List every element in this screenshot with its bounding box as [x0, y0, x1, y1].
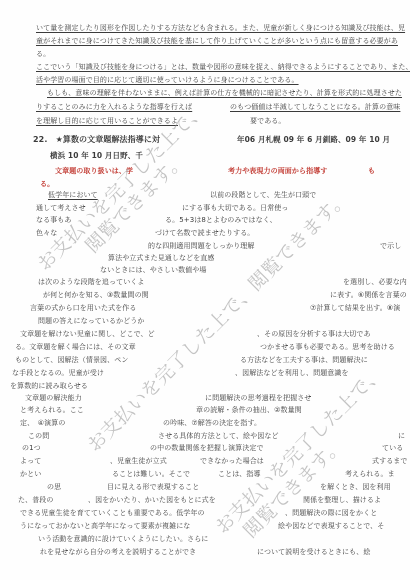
text-fragment: 童がそれまでに身につけてきた知識及び技能を基にして作り上げていくことが多いという… — [36, 37, 398, 46]
text-fragment: は次のような段階を追っていくよ — [38, 278, 145, 287]
text-fragment: にする事も大切である。日常使っ — [182, 204, 289, 213]
text-fragment: 以前の段階として、先生が口頭で — [210, 191, 316, 200]
text-fragment: ている — [382, 444, 403, 453]
text-fragment: 章の読解・条件の抽出、②数量関 — [196, 406, 302, 415]
text-fragment: いう活動を意識的に設けていくようにしたい。さらに — [38, 535, 208, 544]
text-fragment: が何と何かを知る、③数量間の関 — [43, 291, 149, 300]
text-fragment: うになっておかないと高学年になって要素が複雑にな — [20, 522, 190, 531]
text-fragment: な手段となるの。児童が受け — [12, 369, 104, 378]
text-fragment: 考えられる。ま — [345, 470, 395, 479]
text-fragment: させる具体的方法として、絵や図など — [158, 432, 279, 441]
text-fragment: 色々な — [36, 229, 57, 238]
text-fragment: この問 — [28, 432, 49, 441]
text-fragment: 考力や表現力の両面から指導す — [228, 167, 327, 176]
text-fragment: ないときには、やさしい数値や場 — [100, 266, 207, 275]
text-fragment: かとい — [20, 470, 41, 479]
text-fragment: 言葉の式から口を用いた式を作る — [30, 304, 137, 313]
text-fragment: の中の数量関係を把握し演算決定で — [150, 444, 264, 453]
text-fragment: を解くとき、図を利用 — [320, 483, 391, 492]
text-fragment: 、問題解決の際に図をかくと — [285, 509, 377, 518]
text-fragment: の1つ — [22, 444, 41, 453]
text-fragment: で示し — [380, 242, 401, 251]
text-fragment: を理解し目的に応じて用いることができるよ — [36, 117, 178, 126]
text-fragment: 、図をかいたり、かいた図をもとに式を — [88, 496, 216, 505]
text-fragment: 問題の答えになっているかどうか — [38, 317, 145, 326]
text-fragment: もしも、意味の理解を伴わないままに、例えば計算の仕方を機械的に暗記させたり、計算… — [47, 89, 402, 98]
text-fragment: 、図解法などを利用し、問題意識を — [235, 369, 349, 378]
text-fragment: 文章題の解決能力 — [25, 394, 82, 403]
text-fragment: できなかった場合は — [200, 457, 264, 466]
text-fragment: る方法などを工夫する事は、問題解決に — [240, 356, 368, 365]
text-fragment: ⑦計算して結果を出す。⑧演 — [310, 304, 400, 313]
text-fragment: づけて名数で読ませたりする。 — [155, 229, 254, 238]
text-fragment: いて量を測定したり図形を作図したりする方法なども含まれる。また、児童が新しく身に… — [36, 24, 405, 33]
text-fragment: に表す。⑥関係を言葉の — [330, 291, 407, 300]
text-fragment: なる事もあ — [36, 216, 72, 225]
text-fragment: る。 — [40, 180, 54, 189]
text-fragment: 、児童生徒が立式 — [110, 457, 167, 466]
text-fragment: 活や学習の場面で目的に応じて適切に使っていけるように身につけることである。 — [36, 76, 299, 85]
text-fragment: る。 — [36, 50, 50, 59]
text-fragment: た、普段の — [18, 496, 54, 505]
text-fragment: 式するまで — [372, 457, 408, 466]
text-fragment: つかませる事も必要である。思考を助ける — [260, 343, 395, 352]
text-fragment: について説明を受けるときにも、絵 — [257, 548, 370, 557]
text-fragment: る。文章題を解く場合には、その文章 — [15, 343, 136, 352]
text-fragment: 算法や立式また見通しなどを直感 — [108, 254, 215, 263]
text-fragment: 的な四則適用問題をしっかり理解 — [148, 242, 255, 251]
text-fragment: 横浜 10 年 10 月日野、千 — [50, 151, 143, 160]
text-fragment: も — [368, 167, 375, 176]
text-fragment: 絵や図などで表現することで、そ — [278, 522, 384, 531]
text-fragment: ものとして、図解法（情景図、ペン — [15, 356, 128, 365]
text-fragment: に問題解決の思考過程を把握させ — [205, 394, 312, 403]
text-fragment: の思 — [47, 483, 61, 492]
text-fragment: ことは、指導 — [218, 470, 261, 479]
document-page: いて量を測定したり図形を作図したりする方法なども含まれる。また、児童が新しく身に… — [0, 0, 410, 580]
text-fragment: 文章題の取り扱いは、学 — [55, 167, 133, 176]
text-fragment: 、その原因を分析する事は大切であ — [257, 330, 371, 339]
text-fragment: 年06 月札幌 09 年 6 月釧路、09 年 10 月 — [237, 135, 390, 144]
text-fragment: できる児童生徒を育てていくことも重要である。低学年の — [20, 509, 205, 518]
text-fragment: 要である。 — [250, 117, 286, 126]
text-fragment: 定、 ④演算の — [20, 419, 65, 428]
text-fragment: る。5+3は8とよむのみではなく、 — [165, 216, 277, 225]
text-fragment: の吟味、⑦解答の決定を指す。 — [163, 419, 261, 428]
text-fragment: よって — [20, 457, 41, 466]
text-fragment: を選別し、必要な内 — [343, 278, 407, 287]
text-fragment: ここでいう「知識及び技能を身につける」とは、数量や図形の意味を捉え、納得できるよ… — [36, 63, 410, 72]
text-fragment: 22. ★算数の文章題解法指導に対 — [33, 135, 160, 144]
text-fragment: 通して考えさせ — [36, 204, 86, 213]
text-fragment: と考えられる。ここ — [20, 406, 84, 415]
text-fragment: に — [398, 432, 405, 441]
text-fragment: 低学年において — [48, 191, 98, 200]
text-fragment: れを見せながら自分の考えを説明することができ — [40, 548, 196, 557]
text-fragment: ることは難しい。そこで — [112, 470, 190, 479]
text-fragment: 目に見える形で表現すること — [107, 483, 199, 492]
text-fragment: のもつ価値は半減してしなうことになる。計算の意味 — [230, 103, 400, 112]
text-fragment: を算数的に読み取らせる — [10, 382, 88, 391]
text-fragment: 関係を整理し、描けるよ — [303, 496, 381, 505]
text-fragment: りすることのみに力を入れるような指導を行えば — [36, 103, 192, 112]
text-fragment: 文章題を解けない児童に関し、どこで、ど — [20, 330, 155, 339]
